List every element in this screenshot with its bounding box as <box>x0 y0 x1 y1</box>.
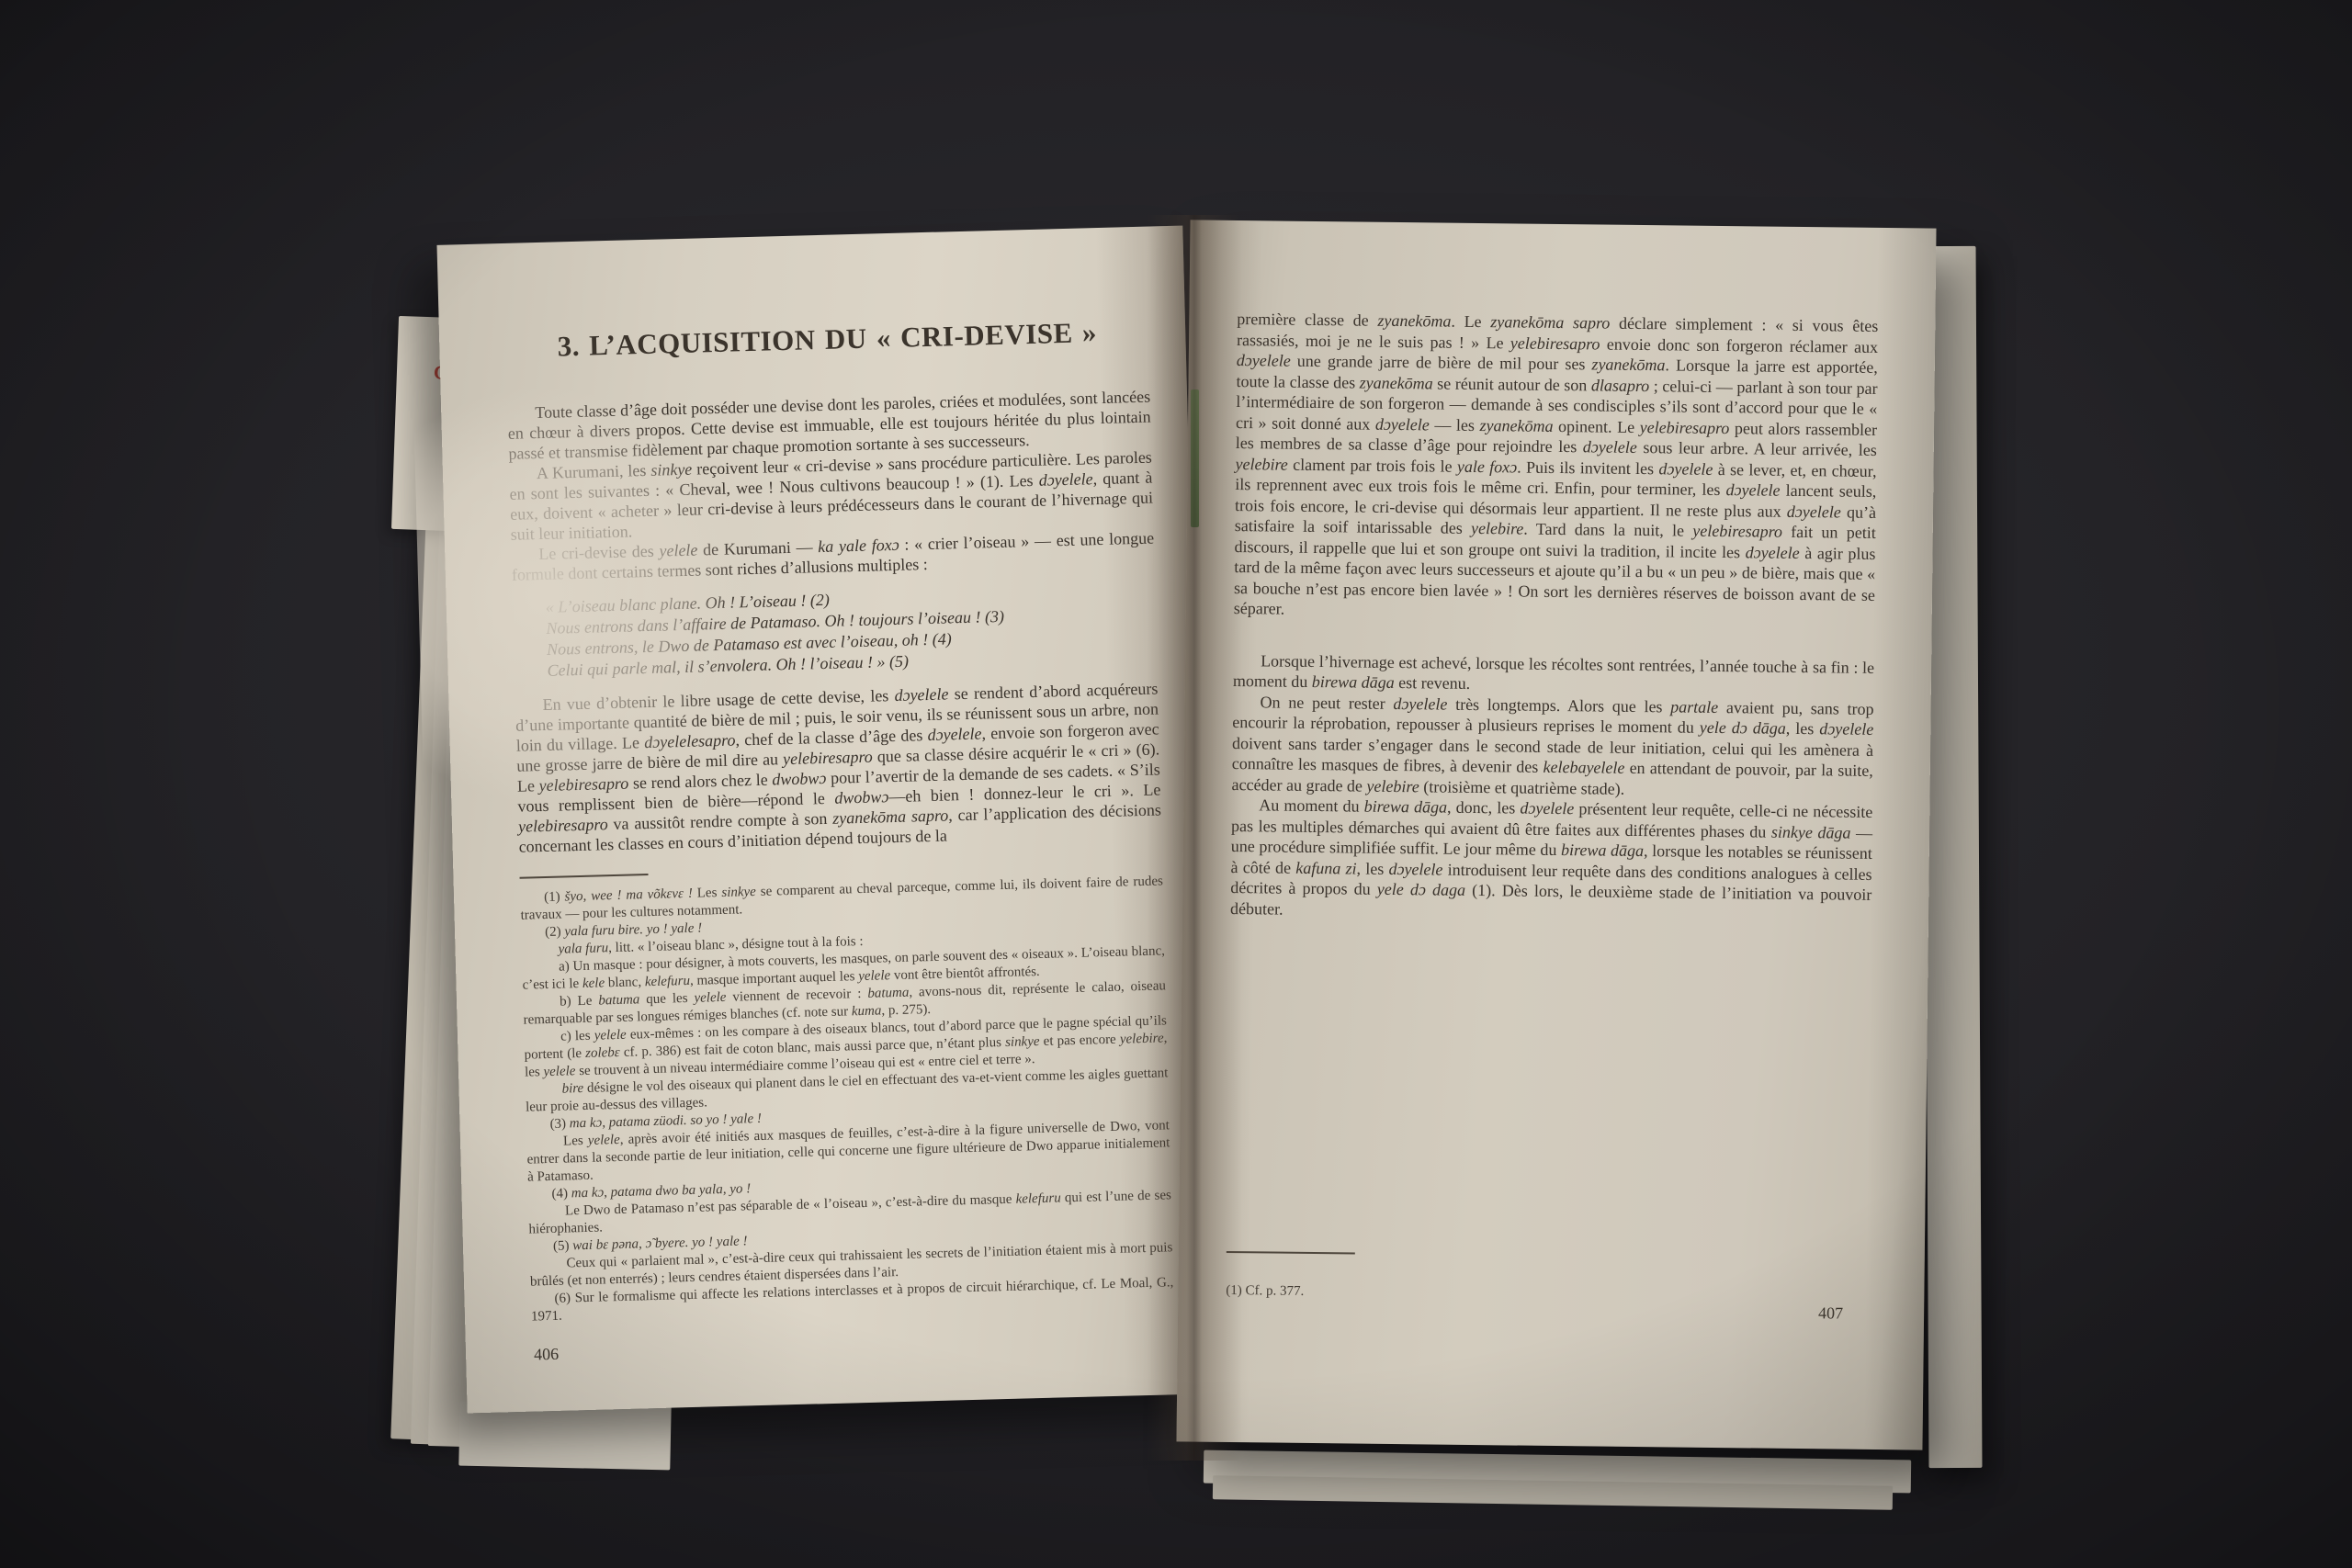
bookmark-ribbon <box>1191 389 1199 527</box>
body-paragraph: En vue d’obtenir le libre usage de cette… <box>514 678 1161 856</box>
verse-block: « L’oiseau blanc plane. Oh ! L’oiseau ! … <box>546 581 1158 682</box>
body-paragraph: Lorsque l’hivernage est achevé, lorsque … <box>1233 649 1874 698</box>
right-page: première classe de zyanekōma. Le zyanekō… <box>1176 220 1936 1450</box>
footnote: (1) Cf. p. 377. <box>1226 1283 1304 1300</box>
body-paragraph: On ne peut rester dɔyelele très longtemp… <box>1231 691 1873 801</box>
left-page: 3. L’ACQUISITION DU « CRI-DEVISE » Toute… <box>436 226 1213 1414</box>
book-spread: Co 3. L’ACQUISITION DU « CRI-DEVISE » To… <box>395 209 1957 1477</box>
footnote-divider <box>1227 1251 1355 1255</box>
footnote-divider <box>520 874 649 879</box>
page-number: 406 <box>534 1345 560 1365</box>
section-title: 3. L’ACQUISITION DU « CRI-DEVISE » <box>503 227 1148 365</box>
body-paragraph: Au moment du birewa dāga, donc, les dɔye… <box>1230 795 1872 926</box>
photo-backdrop: Co 3. L’ACQUISITION DU « CRI-DEVISE » To… <box>0 0 2352 1568</box>
body-paragraph: première classe de zyanekōma. Le zyanekō… <box>1234 309 1879 626</box>
footnotes-block: (1) šyo, wee ! ma võkɛvɛ ! Les sinkye se… <box>520 873 1174 1325</box>
